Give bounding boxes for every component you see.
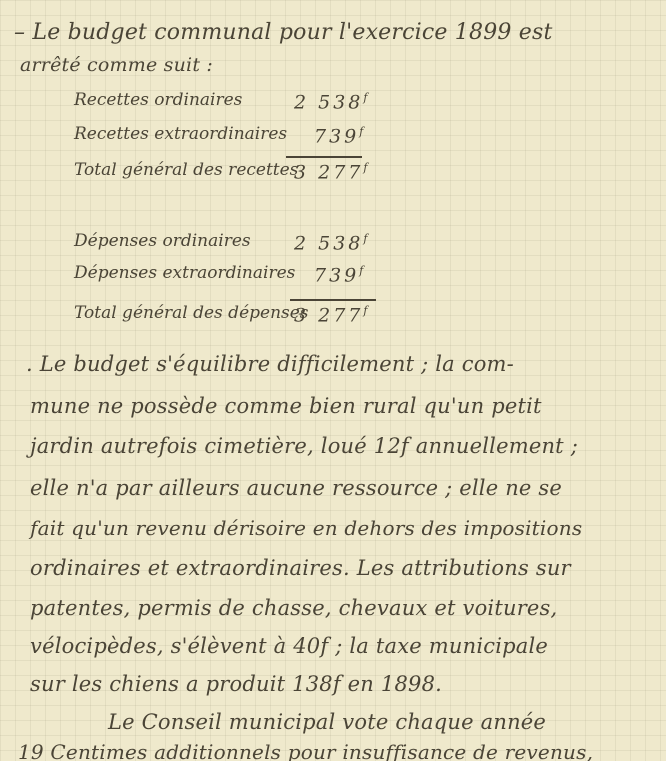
paragraph1-line-6: ordinaires et extraordinaires. Les attri… <box>30 558 571 579</box>
row-amount: 3 277f <box>294 162 367 182</box>
row-label: Recettes extraordinaires <box>74 126 274 143</box>
recettes-row-total: Total général des recettes 3 277f <box>74 162 274 179</box>
row-label: Recettes ordinaires <box>74 92 274 109</box>
row-label: Dépenses ordinaires <box>74 233 274 250</box>
row-label: Total général des dépenses <box>74 305 274 322</box>
row-amount: 2 538f <box>294 233 367 253</box>
row-label: Dépenses extraordinaires <box>74 265 274 282</box>
paragraph1-line-8: vélocipèdes, s'élèvent à 40f ; la taxe m… <box>30 636 548 657</box>
paragraph2-line-2: 19 Centimes additionnels pour insuffisan… <box>18 742 593 761</box>
row-amount: 739f <box>314 126 363 146</box>
paragraph1-line-7: patentes, permis de chasse, chevaux et v… <box>30 598 557 619</box>
intro-line-1: – Le budget communal pour l'exercice 189… <box>14 22 553 44</box>
paragraph1-line-3: jardin autrefois cimetière, loué 12f ann… <box>30 436 578 457</box>
paragraph1-line-5: fait qu'un revenu dérisoire en dehors de… <box>30 518 582 538</box>
recettes-row-ordinaires: Recettes ordinaires 2 538f <box>74 92 274 109</box>
row-label: Total général des recettes <box>74 162 274 179</box>
row-amount: 2 538f <box>294 92 367 112</box>
sum-rule <box>290 299 376 301</box>
paragraph1-line-9: sur les chiens a produit 138f en 1898. <box>30 674 442 695</box>
depenses-row-ordinaires: Dépenses ordinaires 2 538f <box>74 233 274 250</box>
row-amount: 3 277f <box>294 305 367 325</box>
paragraph2-line-1: Le Conseil municipal vote chaque année <box>108 712 546 733</box>
paragraph1-line-1: . Le budget s'équilibre difficilement ; … <box>26 354 514 375</box>
intro-line-2: arrêté comme suit : <box>20 56 213 75</box>
sum-rule <box>286 156 362 158</box>
handwritten-page: – Le budget communal pour l'exercice 189… <box>0 0 666 761</box>
paragraph1-line-2: mune ne possède comme bien rural qu'un p… <box>30 396 542 417</box>
depenses-row-total: Total général des dépenses 3 277f <box>74 305 274 322</box>
paragraph1-line-4: elle n'a par ailleurs aucune ressource ;… <box>30 478 562 499</box>
depenses-row-extraordinaires: Dépenses extraordinaires 739f <box>74 265 274 282</box>
row-amount: 739f <box>314 265 363 285</box>
recettes-row-extraordinaires: Recettes extraordinaires 739f <box>74 126 274 143</box>
